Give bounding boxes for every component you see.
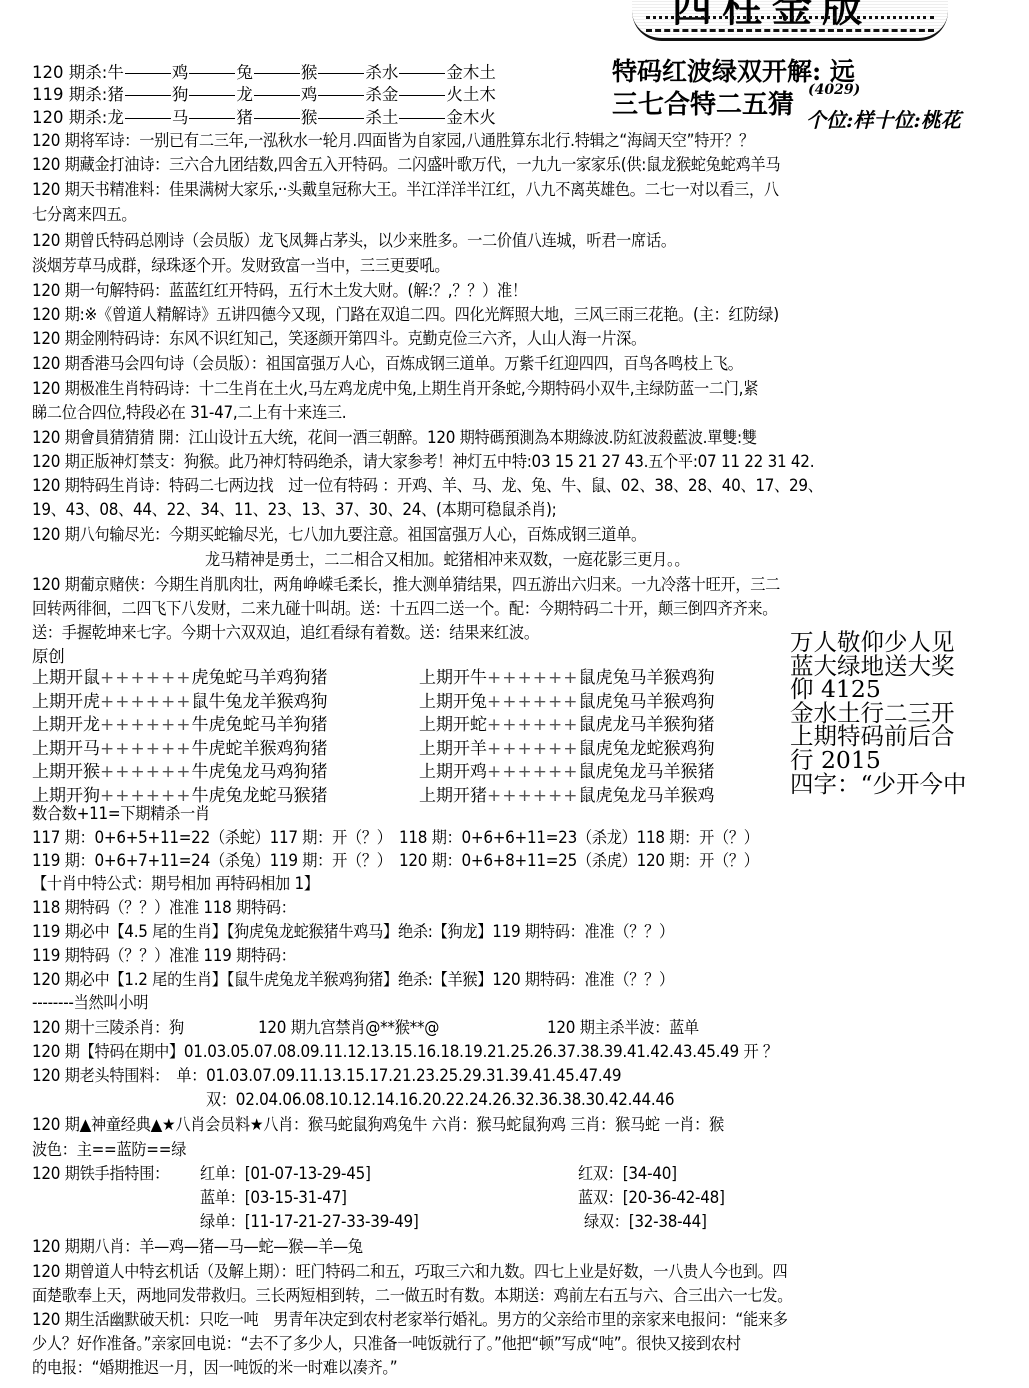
text-line: 龙马精神是勇士，二二相合又相加。蛇猪相冲来双数，一庭花影三更月。。: [205, 549, 689, 571]
text-line: 120 期将军诗：一别已有二三年,一泓秋水一轮月.四面皆为自家园,八通胜算东北行…: [32, 130, 754, 152]
text-line: 120 期金刚特码诗：东风不识红知己，笑逐颜开第四斗。克勤克俭三六齐，人山人海一…: [32, 328, 646, 350]
text-line: 117 期：0+6+5+11=22（杀蛇）117 期：开（？） 118 期：0+…: [32, 827, 759, 849]
text-line: 送：手握乾坤来七字。今期十六双双迫，追红看绿有着数。送：结果来红波。: [32, 622, 539, 644]
iron-finger-single: 红单：[01-07-13-29-45]: [200, 1163, 371, 1185]
text-line: 双：02.04.06.08.10.12.14.16.20.22.24.26.32…: [206, 1089, 674, 1111]
text-line: 120 期香港马会四句诗（会员版）：祖国富强万人心，百炼成钢三道单。万紫千红迎四…: [32, 353, 743, 375]
zodiac-table-left: 上期开鼠++++++虎兔蛇马羊鸡狗猪 上期开虎++++++鼠牛兔龙羊猴鸡狗 上期…: [32, 667, 327, 809]
text-line: --------当然叫小明: [32, 992, 148, 1014]
text-line: 的电报：“婚期推迟一月，因一吨饭的米一时难以凑齐。”: [32, 1357, 397, 1379]
text-line: 睇二位合四位,特段必在 31-47,二上有十来连三.: [32, 402, 346, 424]
table-row: 上期开猴++++++牛虎兔龙马鸡狗猪: [32, 761, 327, 785]
header-banner-logo: 四柱金版: [632, 0, 948, 41]
table-row: 上期开鸡++++++鼠虎兔龙马羊猴猪: [419, 761, 714, 785]
handwritten-line-2: 三七合特二五猜: [612, 84, 794, 121]
text-line: 【十肖中特公式：期号相加 再特码相加 1】: [32, 873, 319, 895]
handwritten-line-3: 个位:样十位:桃花: [806, 104, 961, 133]
table-row: 上期开兔++++++鼠虎兔马羊猴鸡狗: [419, 691, 714, 715]
text-line: 淡烟芳草马成群，绿珠逐个开。发财致富一当中，三三更要吼。: [32, 255, 449, 277]
table-row: 上期开鼠++++++虎兔蛇马羊鸡狗猪: [32, 667, 327, 691]
text-line: 数合数+11=下期精杀一肖: [32, 803, 210, 825]
kill-row: 120 期杀:牛鸡兔猴杀水金木土: [32, 62, 496, 84]
text-line: 119 期特码（？？）准准 119 期特码：: [32, 945, 296, 967]
iron-finger-title: 120 期铁手指特围：: [32, 1163, 169, 1185]
text-line: 120 期老头特围料： 单：01.03.07.09.11.13.15.17.21…: [32, 1065, 621, 1087]
text-line: 120 期曾氏特码总刚诗（会员版）龙飞凤舞占茅头，以少来胜多。一二价值八连城，听…: [32, 230, 676, 252]
original-label: 原创: [32, 646, 64, 668]
text-line: 回转两徘徊，二四飞下八发财，二来九碰十叫胡。送：十五四二送一个。配：今期特码二十…: [32, 598, 777, 620]
iron-finger-double: 红双：[34-40]: [578, 1163, 677, 1185]
text-line: 119 期必中【4.5 尾的生肖】【狗虎兔龙蛇猴猪牛鸡马】绝杀:【狗龙】119 …: [32, 921, 674, 943]
table-row: 上期开虎++++++鼠牛兔龙羊猴鸡狗: [32, 691, 327, 715]
text-line: 120 期必中【1.2 尾的生肖】【鼠牛虎兔龙羊猴鸡狗猪】绝杀:【羊猴】120 …: [32, 969, 674, 991]
table-row: 上期开马++++++牛虎蛇羊猴鸡狗猪: [32, 738, 327, 762]
iron-finger-single: 绿单：[11-17-21-27-33-39-49]: [200, 1211, 419, 1233]
iron-finger-single: 蓝单：[03-15-31-47]: [200, 1187, 347, 1209]
text-line: 120 期生活幽默破天机：只吃一吨 男青年决定到农村老家举行婚礼。男方的父亲给市…: [32, 1309, 788, 1331]
text-line: 120 期期八肖：羊—鸡—猪—马—蛇—猴—羊—兔: [32, 1236, 363, 1258]
table-row: 上期开蛇++++++鼠虎龙马羊猴狗猪: [419, 714, 714, 738]
text-line: 波色：主==蓝防==绿: [32, 1139, 186, 1161]
text-line: 少人？好作准备。”亲家回电说：“去不了多少人，只准备一吨饭就行了。”他把“顿”写…: [32, 1333, 741, 1355]
text-line: 120 期八句输尽光：今期买蛇输尽光，七八加九要注意。祖国富强万人心，百炼成钢三…: [32, 524, 646, 546]
text-line: 120 期天书精准料：佳果满树大家乐,··头戴皇冠称大王。半江洋洋半江红，八九不…: [32, 179, 779, 201]
misc-c: 120 期主杀半波：蓝单: [547, 1017, 699, 1039]
chain-ornament-icon: [646, 16, 934, 32]
iron-finger-double: 蓝双：[20-36-42-48]: [578, 1187, 725, 1209]
table-row: 上期开龙++++++牛虎兔蛇马羊狗猪: [32, 714, 327, 738]
text-line: 120 期正版神灯禁支：狗猴。此乃神灯特码绝杀，请大家参考！神灯五中特:03 1…: [32, 451, 814, 473]
text-line: 120 期▲神童经典▲★八肖会员料★八肖：猴马蛇鼠狗鸡兔牛 六肖：猴马蛇鼠狗鸡 …: [32, 1114, 724, 1136]
text-line: 19、43、08、44、22、34、11、23、13、37、30、24、(本期可…: [32, 499, 556, 521]
handwritten-annotation: (4029): [808, 82, 860, 98]
text-line: 120 期特码生肖诗：特码二七两边找 过一位有特码 ：开鸡、羊、马、龙、兔、牛、…: [32, 475, 823, 497]
zodiac-table-right: 上期开牛++++++鼠虎兔马羊猴鸡狗 上期开兔++++++鼠虎兔马羊猴鸡狗 上期…: [419, 667, 714, 809]
text-line: 119 期：0+6+7+11=24（杀兔）119 期：开（？） 120 期：0+…: [32, 850, 759, 872]
text-line: 120 期极准生肖特码诗：十二生肖在土火,马左鸡龙虎中兔,上期生肖开条蛇,今期特…: [32, 378, 758, 400]
kill-row: 119 期杀:猪狗龙鸡杀金火土木: [32, 84, 496, 106]
text-line: 120 期:※《曾道人精解诗》五讲四德今又现，门路在双追二四。四化光辉照大地，三…: [32, 304, 779, 326]
text-line: 120 期【特码在期中】01.03.05.07.08.09.11.12.13.1…: [32, 1041, 778, 1063]
misc-b: 120 期九宫禁肖@**猴**@: [258, 1017, 439, 1039]
text-line: 120 期藏金打油诗：三六合九团结数,四舍五入开特码。二闪盛叶歌万代，一九九一家…: [32, 154, 780, 176]
text-line: 七分离来四五。: [32, 204, 136, 226]
side-poem: 万人敬仰少人见 蓝大绿地送大奖 仰 4125 金水土行二三开 上期特码前后合 行…: [790, 631, 967, 796]
text-line: 118 期特码（？？）准准 118 期特码：: [32, 897, 296, 919]
misc-a: 120 期十三陵杀肖：狗: [32, 1017, 184, 1039]
text-line: 120 期一句解特码：蓝蓝红红开特码，五行木土发大财。(解:？,？？）准！: [32, 280, 527, 302]
text-line: 120 期會員猜猜猜 開：江山设计五大统，花间一酒三朝醉。120 期特碼預測為本…: [32, 427, 757, 449]
kill-row: 120 期杀:龙马猪猴杀土金木火: [32, 107, 496, 129]
iron-finger-double: 绿双：[32-38-44]: [584, 1211, 707, 1233]
text-line: 120 期曾道人中特玄机话（及解上期）：旺门特码二和五，巧取三六和九数。四七上业…: [32, 1261, 787, 1283]
table-row: 上期开羊++++++鼠虎兔龙蛇猴鸡狗: [419, 738, 714, 762]
table-row: 上期开猪++++++鼠虎兔龙马羊猴鸡: [419, 785, 714, 809]
text-line: 120 期葡京赌侠：今期生肖肌肉壮，两角峥嵘毛柔长，推大测单猜结果，四五游出六归…: [32, 574, 780, 596]
text-line: 面楚歌奉上天，两地同发带救归。三长两短相到转，二一做五时有数。本期送：鸡前左右五…: [32, 1285, 792, 1307]
table-row: 上期开牛++++++鼠虎兔马羊猴鸡狗: [419, 667, 714, 691]
